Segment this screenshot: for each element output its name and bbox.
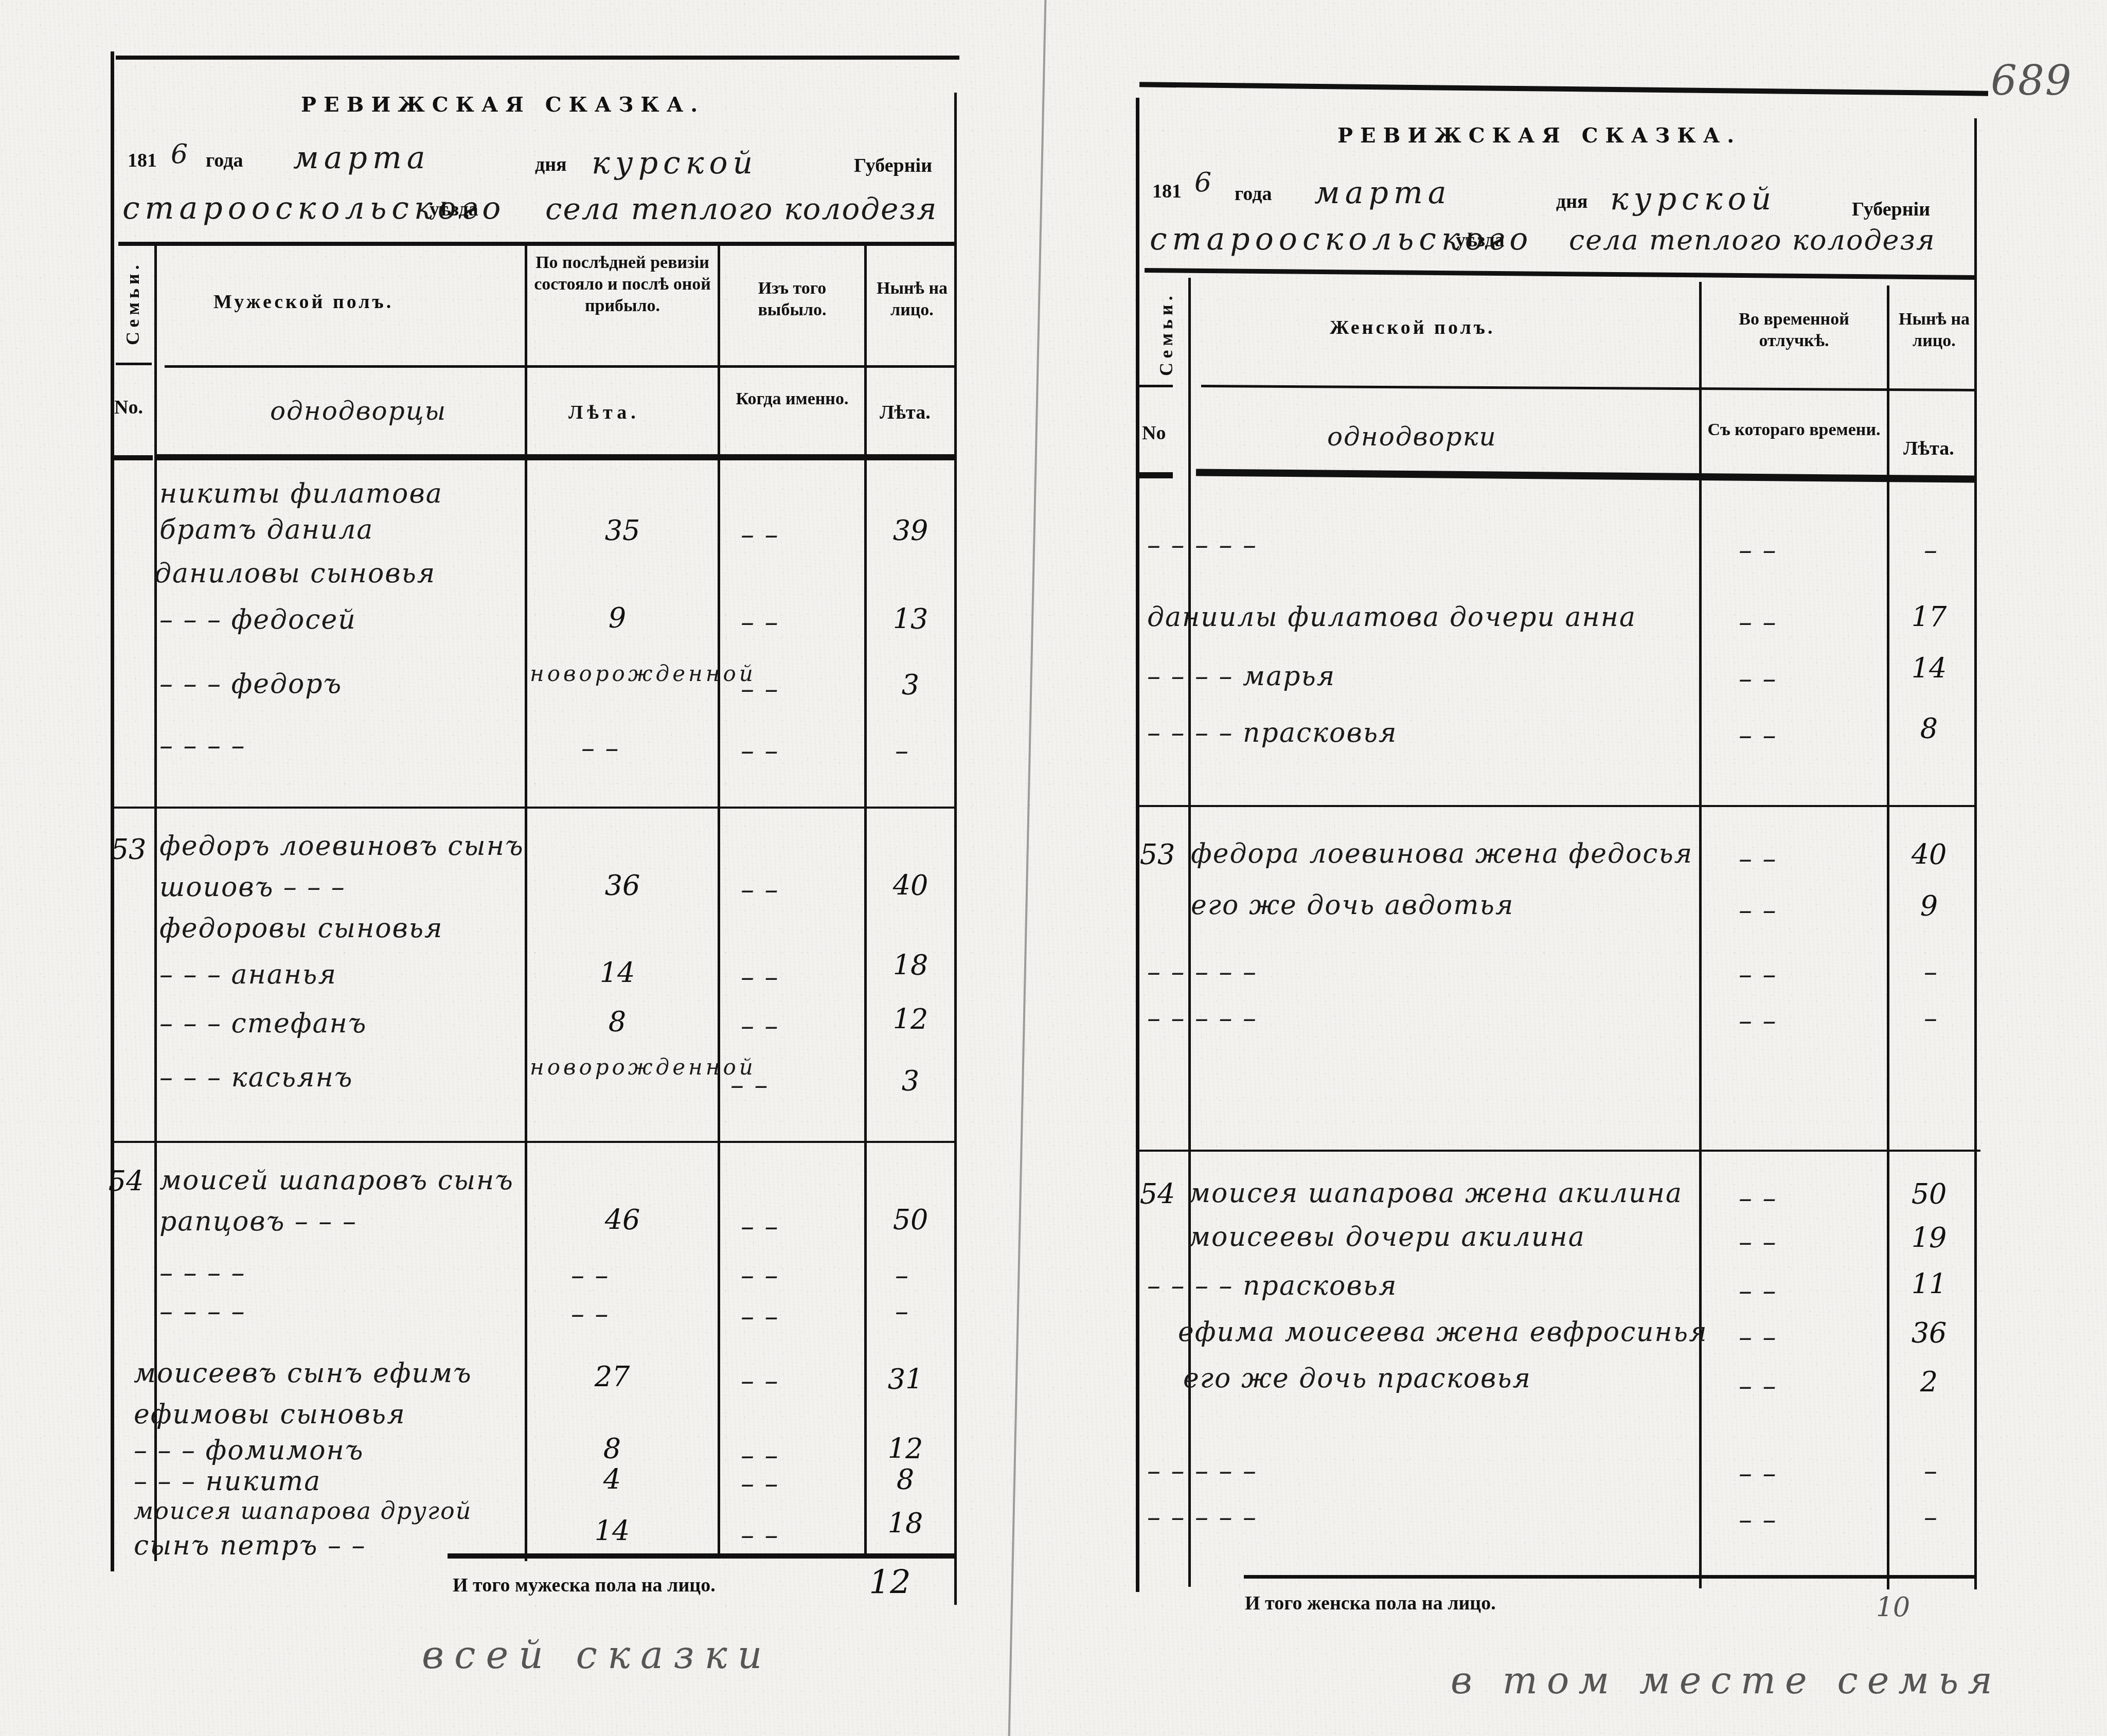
row-name: моисей шапаровъ сынъ — [159, 1165, 514, 1196]
subheader-rule — [165, 365, 954, 368]
row-name: – – – – – — [1147, 1003, 1257, 1034]
body-rule — [1139, 472, 1173, 478]
row-last-revision: 46 — [592, 1204, 653, 1236]
row-departed: – – — [741, 1301, 779, 1332]
row-present: 2 — [1898, 1366, 1960, 1398]
row-family-number: 54 — [93, 1165, 159, 1197]
row-present: 12 — [880, 1003, 941, 1035]
row-present: 12 — [874, 1433, 936, 1465]
row-name: – – – – — [159, 730, 246, 761]
header-last-revision-sub: Лѣта. — [568, 401, 640, 424]
header-temp-absence-sub: Съ котораго времени. — [1703, 419, 1885, 441]
row-present: – — [1924, 1502, 1938, 1533]
page-title: РЕВИЖСКАЯ СКАЗКА. — [1337, 123, 1741, 148]
row-temp-absence: – – — [1739, 1322, 1777, 1353]
row-present: 13 — [880, 603, 941, 635]
row-last-revision: – – — [571, 1260, 610, 1291]
row-present: 39 — [880, 514, 941, 547]
totals-rule — [448, 1553, 957, 1559]
row-temp-absence: – – — [1739, 1183, 1777, 1214]
row-departed: – – — [741, 1366, 779, 1397]
row-temp-absence: – – — [1739, 1371, 1777, 1402]
row-present: 9 — [1898, 890, 1960, 922]
row-name: – – – никита — [134, 1466, 321, 1497]
row-last-revision: 8 — [581, 1433, 643, 1465]
row-family-number: 54 — [1124, 1178, 1191, 1210]
col-line-4 — [864, 242, 867, 1559]
header-present: Нынѣ на лицо. — [1890, 309, 1978, 352]
month: марта — [293, 140, 431, 176]
row-last-revision: – – — [581, 733, 620, 764]
row-present: 18 — [880, 949, 941, 981]
governorate-label: Губерніи — [1852, 198, 1930, 221]
row-name: – – – стефанъ — [159, 1008, 367, 1039]
row-temp-absence: – – — [1739, 1458, 1777, 1489]
total-value: 10 — [1862, 1592, 1924, 1623]
row-departed: – – — [741, 874, 779, 905]
header-number: No. — [114, 396, 143, 419]
row-temp-absence: – – — [1739, 895, 1777, 926]
row-last-revision: 4 — [581, 1463, 643, 1496]
row-present: 50 — [880, 1204, 941, 1236]
row-departed: – – — [741, 1440, 779, 1471]
totals-rule — [1244, 1575, 1977, 1579]
total-label: И того женска пола на лицо. — [1245, 1592, 1496, 1615]
row-present: 3 — [880, 1065, 941, 1097]
header-name: Мужеской полъ. — [213, 291, 394, 313]
row-present: 8 — [874, 1463, 936, 1496]
row-present: 50 — [1898, 1178, 1960, 1210]
row-present: 3 — [880, 669, 941, 701]
row-name: – – – – марья — [1147, 661, 1335, 692]
header-departed: Изъ того выбыло. — [723, 278, 862, 321]
row-name: рапцовъ – – – — [159, 1206, 357, 1237]
row-name: ефима моисеева жена евфросинья — [1178, 1317, 1708, 1348]
row-name: федоровы сыновья — [159, 913, 443, 944]
row-temp-absence: – – — [1739, 1006, 1777, 1036]
row-name: моисея шапарова другой — [134, 1497, 472, 1525]
row-present: 11 — [1898, 1268, 1960, 1300]
row-last-revision: новорожденной — [530, 661, 705, 687]
row-present: 31 — [874, 1363, 936, 1395]
row-name: моисея шапарова жена акилина — [1188, 1178, 1683, 1209]
header-number: No — [1142, 422, 1166, 444]
top-rule — [116, 56, 959, 60]
row-name: – – – касьянъ — [159, 1062, 353, 1093]
row-present: 8 — [1898, 712, 1960, 745]
row-present: 40 — [880, 869, 941, 902]
row-temp-absence: – – — [1739, 1505, 1777, 1535]
total-label: И того мужеска пола на лицо. — [453, 1574, 716, 1597]
header-category: однодворцы — [270, 396, 447, 426]
row-family-number: 53 — [1124, 838, 1191, 871]
row-temp-absence: – – — [1739, 607, 1777, 638]
governorate: курской — [592, 145, 758, 181]
row-name: – – – – прасковья — [1147, 718, 1397, 748]
header-name: Женской полъ. — [1330, 316, 1495, 339]
row-name: – – – – – — [1147, 530, 1257, 561]
row-temp-absence: – – — [1739, 720, 1777, 751]
pencil-note: в том месте семья — [1451, 1659, 2002, 1702]
row-last-revision: – – — [571, 1299, 610, 1330]
row-name: федора лоевинова жена федосья — [1191, 838, 1693, 869]
row-present: – — [895, 736, 909, 766]
row-temp-absence: – – — [1739, 1276, 1777, 1307]
row-temp-absence: – – — [1739, 959, 1777, 990]
pencil-note: всей сказки — [422, 1633, 772, 1677]
row-last-revision: 27 — [581, 1361, 643, 1393]
row-name: – – – федоръ — [159, 669, 342, 700]
row-name: ефимовы сыновья — [134, 1399, 406, 1430]
row-present: 14 — [1898, 652, 1960, 685]
family-separator-53 — [113, 807, 957, 809]
row-present: – — [1924, 1456, 1938, 1487]
row-departed: – – — [741, 1520, 779, 1551]
header-families: Семьи. — [1155, 294, 1177, 376]
row-name: – – – – — [159, 1258, 246, 1288]
row-name: – – – федосей — [159, 604, 356, 635]
row-name: его же дочь прасковья — [1183, 1363, 1531, 1394]
month: марта — [1314, 175, 1452, 211]
family-separator-53 — [1137, 805, 1975, 807]
row-last-revision: 9 — [586, 602, 648, 634]
row-name: братъ данила — [159, 514, 373, 545]
row-present: 36 — [1898, 1317, 1960, 1349]
row-last-revision: новорожденной — [530, 1054, 705, 1080]
year-label: года — [206, 149, 243, 172]
year-label: года — [1235, 183, 1272, 205]
subheader-rule — [116, 363, 152, 365]
header-category: однодворки — [1327, 422, 1497, 452]
row-departed: – – — [730, 1070, 769, 1101]
year-printed: 181 — [1152, 180, 1182, 203]
row-name: моисеевъ сынъ ефимъ — [134, 1358, 472, 1389]
row-name: его же дочь авдотья — [1191, 890, 1514, 921]
row-present: – — [1924, 1003, 1938, 1034]
year-handwritten: 6 — [171, 139, 189, 170]
row-last-revision: 8 — [586, 1006, 648, 1038]
header-families: Семьи. — [122, 263, 144, 345]
row-family-number: 53 — [95, 833, 162, 866]
header-present-sub: Лѣта. — [880, 401, 931, 424]
row-temp-absence: – – — [1739, 1227, 1777, 1258]
governorate: курской — [1610, 181, 1776, 217]
header-rule — [118, 242, 957, 246]
row-name: – – – ананья — [159, 959, 337, 990]
district-label: уѣзда — [1456, 229, 1505, 252]
body-rule — [157, 454, 954, 460]
row-name: – – – – – — [1147, 1456, 1257, 1487]
col-line-3 — [718, 242, 720, 1559]
row-present: 40 — [1898, 838, 1960, 871]
row-departed: – – — [741, 1211, 779, 1242]
row-name: – – – фомимонъ — [134, 1435, 364, 1466]
col-line-2 — [525, 242, 527, 1561]
family-separator-54 — [1137, 1150, 1980, 1152]
row-name: шоиовъ – – – — [159, 872, 346, 903]
row-departed: – – — [741, 1011, 779, 1042]
row-temp-absence: – – — [1739, 664, 1777, 694]
row-present: – — [895, 1260, 909, 1291]
row-departed: – – — [741, 607, 779, 638]
row-last-revision: 14 — [586, 957, 648, 989]
header-present-sub: Лѣта. — [1903, 437, 1954, 460]
row-name: сынъ петръ – – — [134, 1530, 366, 1561]
district-label: уѣзда — [430, 198, 478, 221]
header-last-revision: По послѣдней ревизіи состояло и послѣ он… — [530, 252, 715, 317]
row-departed: – – — [741, 1469, 779, 1499]
row-name: никиты филатова — [159, 478, 443, 509]
governorate-label: Губерніи — [854, 154, 932, 177]
day-label: дня — [535, 153, 567, 176]
row-departed: – – — [741, 674, 779, 705]
day-label: дня — [1556, 190, 1588, 213]
row-name: – – – – — [159, 1296, 246, 1327]
year-handwritten: 6 — [1194, 167, 1212, 198]
row-name: даниилы филатова дочери анна — [1147, 602, 1636, 633]
year-printed: 181 — [128, 149, 157, 172]
row-name: моисеевы дочери акилина — [1188, 1222, 1585, 1252]
left-frame — [111, 51, 114, 1571]
row-departed: – – — [741, 736, 779, 766]
row-name: – – – – – — [1147, 1502, 1257, 1533]
total-value: 12 — [859, 1564, 921, 1602]
row-present: 17 — [1898, 601, 1960, 633]
row-name: даниловы сыновья — [154, 558, 436, 589]
subheader-rule — [1139, 385, 1173, 387]
header-departed-sub: Когда именно. — [723, 388, 862, 410]
archive-page-number: 689 — [1991, 57, 2073, 104]
row-temp-absence: – – — [1739, 535, 1777, 566]
row-present: 18 — [874, 1507, 936, 1540]
page-title: РЕВИЖСКАЯ СКАЗКА. — [301, 93, 705, 117]
row-temp-absence: – – — [1739, 844, 1777, 874]
row-present: – — [895, 1296, 909, 1327]
village: села теплого колодезя — [1569, 224, 1936, 256]
row-present: – — [1924, 535, 1938, 566]
header-present: Нынѣ на лицо. — [868, 278, 956, 321]
body-rule — [114, 455, 153, 460]
row-departed: – – — [741, 1260, 779, 1291]
row-name: – – – – прасковья — [1147, 1270, 1397, 1301]
row-last-revision: 14 — [581, 1515, 643, 1547]
family-separator-54 — [113, 1141, 957, 1143]
row-present: – — [1924, 957, 1938, 988]
row-last-revision: 35 — [592, 514, 653, 547]
row-departed: – – — [741, 962, 779, 993]
header-temp-absence: Во временной отлучкѣ. — [1703, 309, 1885, 352]
row-name: федоръ лоевиновъ сынъ — [159, 831, 524, 862]
village: села теплого колодезя — [545, 191, 937, 226]
row-departed: – – — [741, 520, 779, 550]
row-present: 19 — [1898, 1222, 1960, 1254]
row-last-revision: 36 — [592, 869, 653, 902]
row-name: – – – – – — [1147, 957, 1257, 988]
